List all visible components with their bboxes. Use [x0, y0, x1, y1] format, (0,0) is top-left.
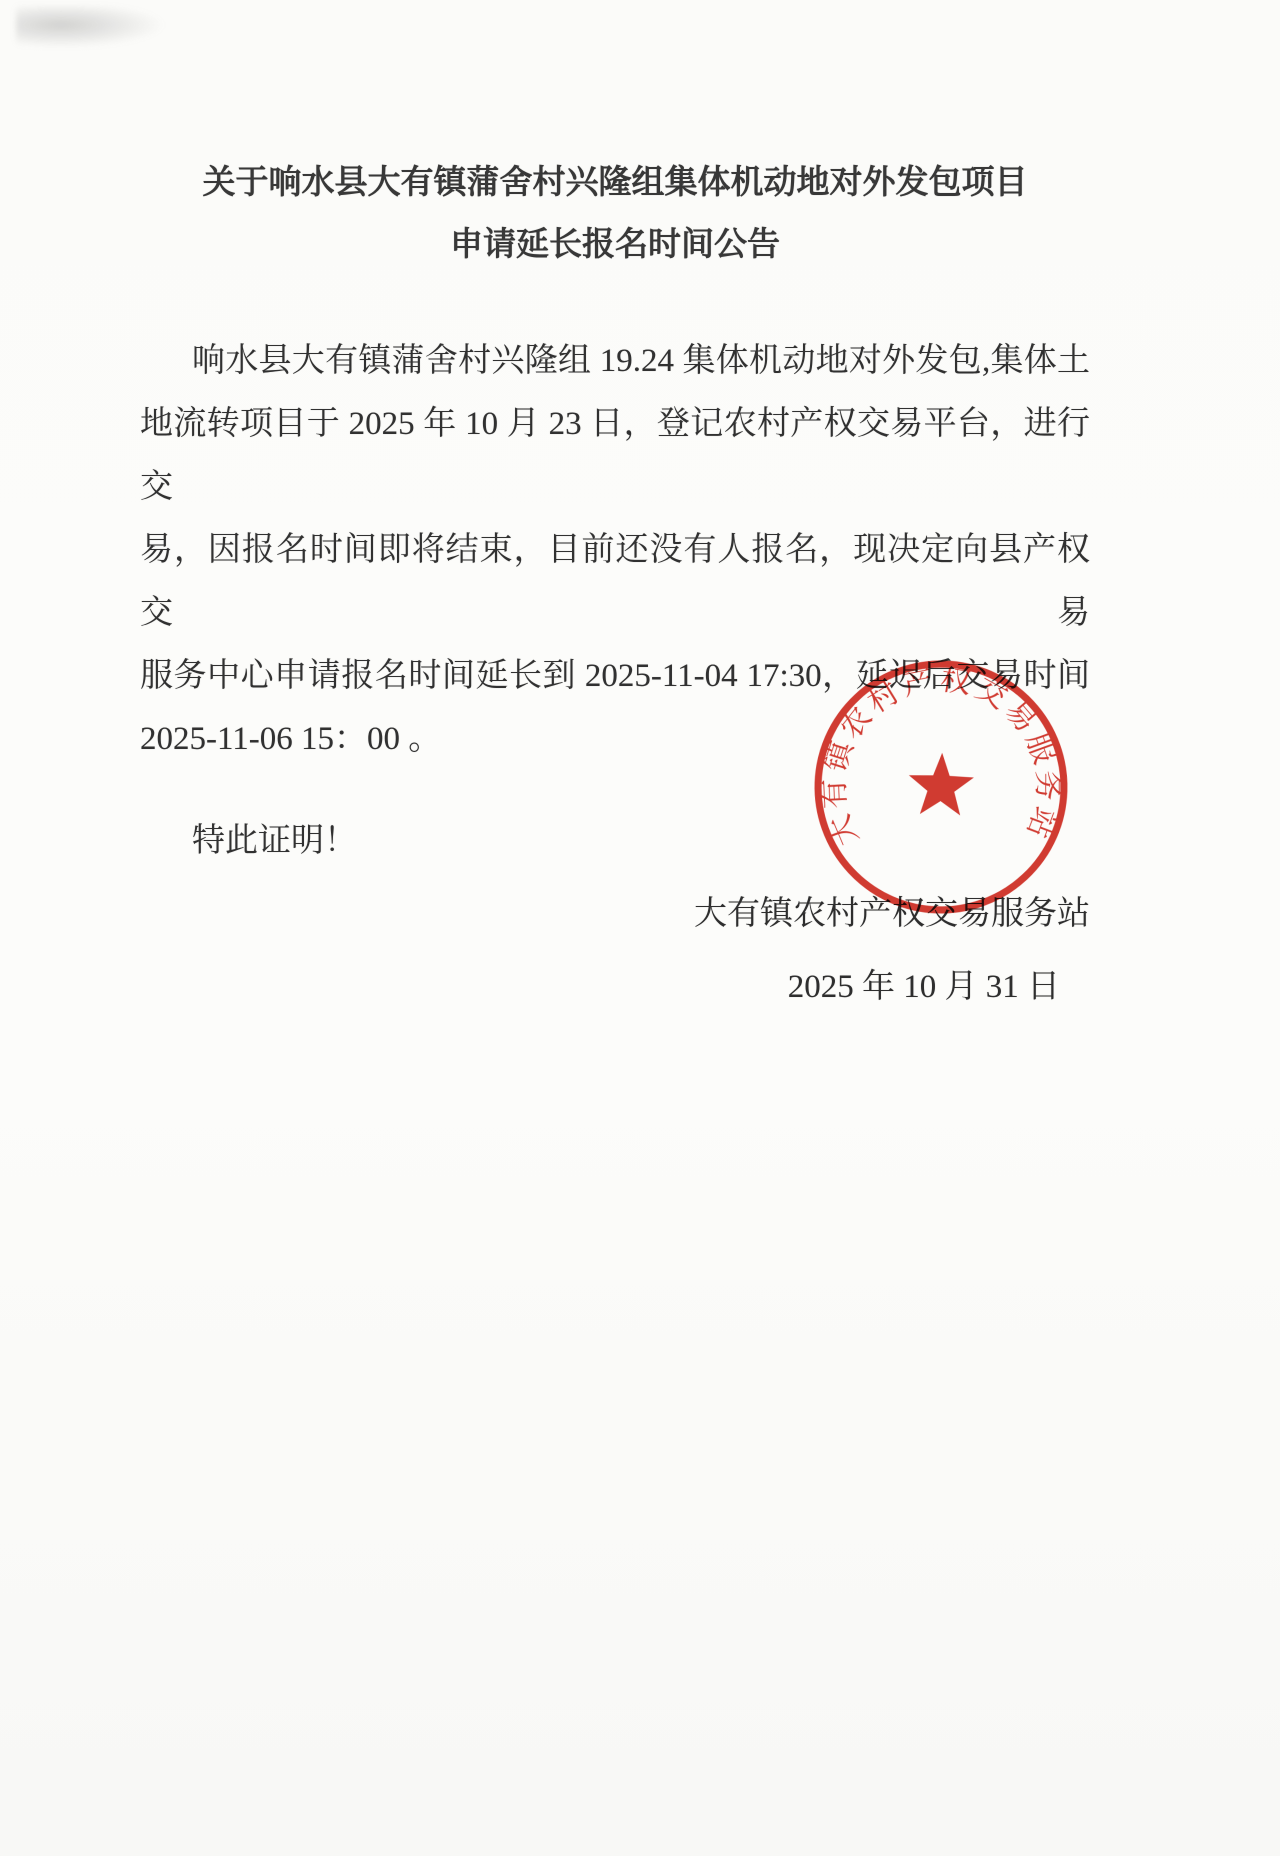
scan-artifact-smudge — [16, 6, 166, 48]
body-line: 地流转项目于 2025 年 10 月 23 日，登记农村产权交易平台，进行交 — [140, 393, 1090, 519]
red-star-icon — [908, 752, 975, 816]
document-title-line-1: 关于响水县大有镇蒲舍村兴隆组集体机动地对外发包项目 — [140, 162, 1090, 202]
document-title-line-2: 申请延长报名时间公告 — [140, 224, 1090, 264]
body-line: 易，因报名时间即将结束，目前还没有人报名，现决定向县产权交易 — [140, 519, 1090, 645]
body-line: 响水县大有镇蒲舍村兴隆组 19.24 集体机动地对外发包,集体土 — [140, 330, 1090, 393]
scanned-document-page: 关于响水县大有镇蒲舍村兴隆组集体机动地对外发包项目 申请延长报名时间公告 响水县… — [0, 0, 1280, 1856]
signature-date: 2025 年 10 月 31 日 — [140, 967, 1090, 1007]
official-seal-stamp: 大有镇农村产权交易服务站 — [806, 652, 1077, 923]
